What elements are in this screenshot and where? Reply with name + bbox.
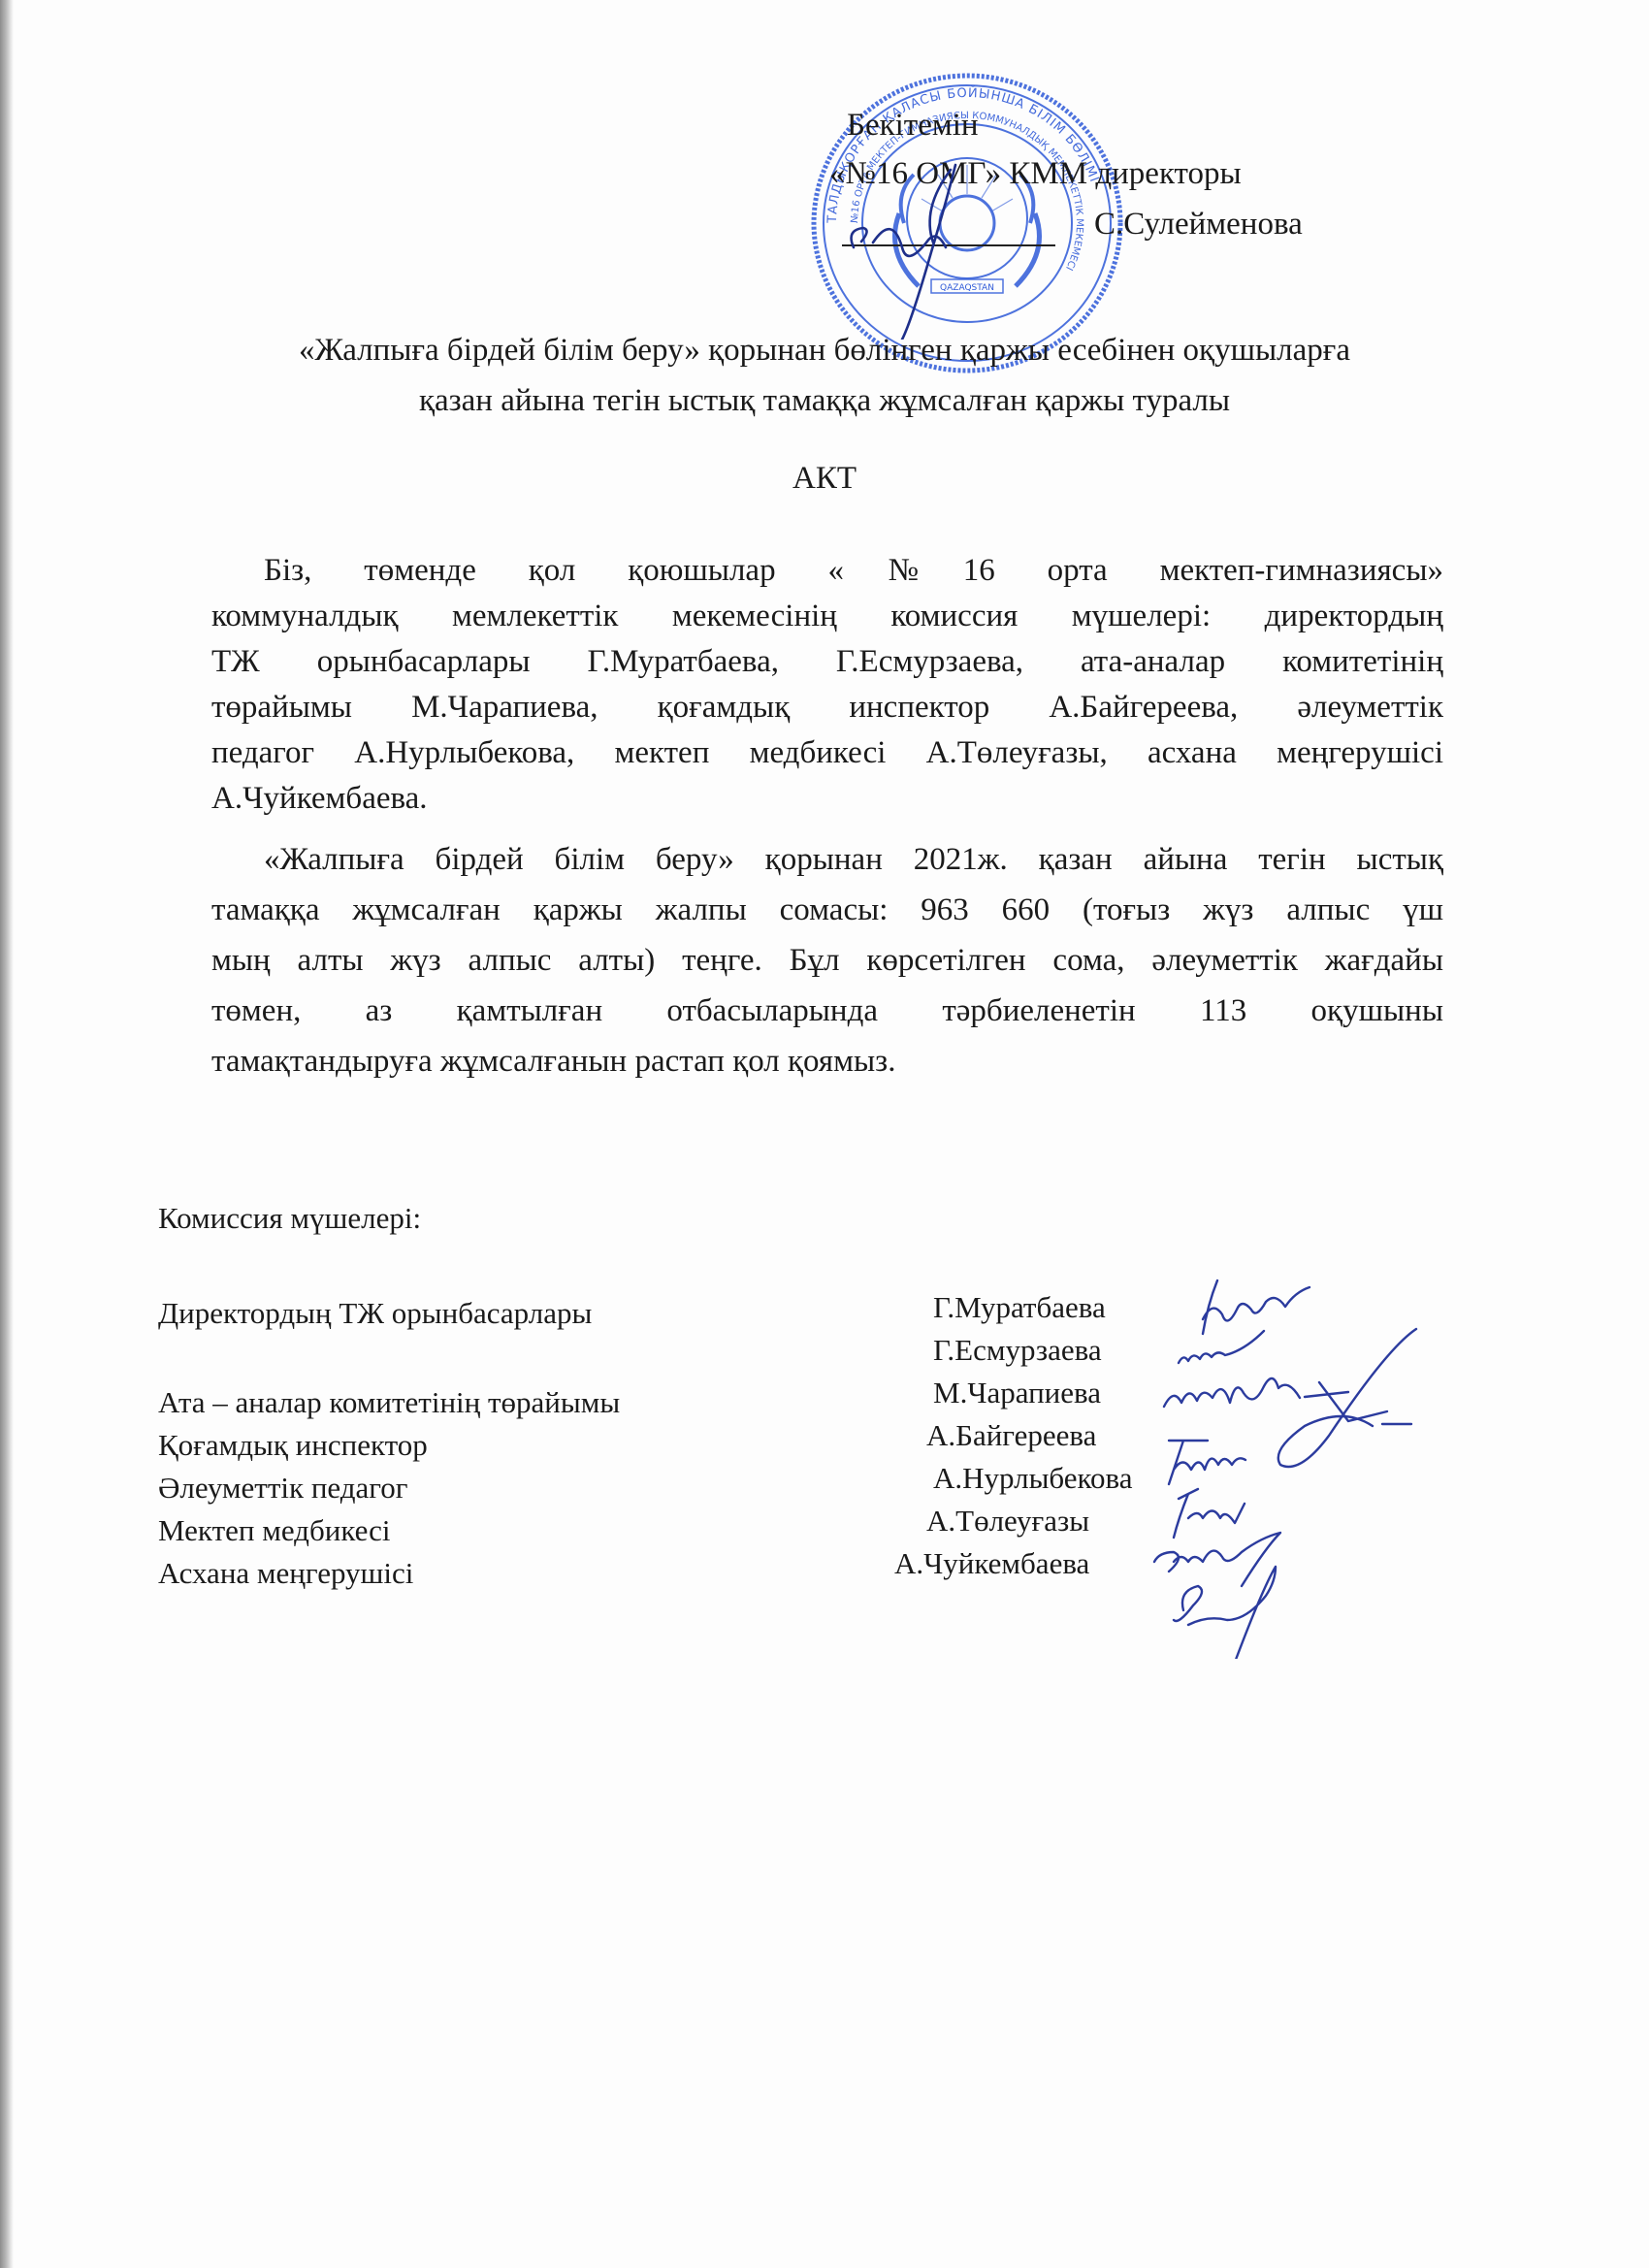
member-name-6: А.Төлеуғазы <box>926 1504 1089 1539</box>
role-social-pedagogue: Әлеуметтік педагог <box>158 1471 407 1506</box>
member-name-5: А.Нурлыбекова <box>933 1461 1133 1496</box>
paragraph-1-line-5: педагог А.Нурлыбекова, мектеп медбикесі … <box>211 733 1443 772</box>
role-deputy-directors: Директордың ТЖ орынбасарлары <box>158 1296 592 1331</box>
approval-signer: С.Сулейменова <box>1094 206 1303 243</box>
member-name-7: А.Чуйкембаева <box>894 1546 1089 1581</box>
act-heading: АКТ <box>0 461 1649 497</box>
paragraph-1-line-4: төрайымы М.Чарапиева, қоғамдық инспектор… <box>211 688 1443 727</box>
commission-title: Комиссия мүшелері: <box>158 1201 421 1236</box>
role-public-inspector: Қоғамдық инспектор <box>158 1428 428 1463</box>
paragraph-2-line-1: «Жалпыға бірдей білім беру» қорынан 2021… <box>264 840 1443 879</box>
paragraph-2-line-5: тамақтандыруға жұмсалғанын растап қол қо… <box>211 1042 1443 1081</box>
paragraph-1-line-3: ТЖ орынбасарлары Г.Муратбаева, Г.Есмурза… <box>211 642 1443 681</box>
document-title-line-2: қазан айына тегін ыстық тамаққа жұмсалға… <box>0 383 1649 419</box>
paragraph-2-line-2: тамаққа жұмсалған қаржы жалпы сомасы: 96… <box>211 891 1443 929</box>
role-parents-committee-chair: Ата – аналар комитетінің төрайымы <box>158 1385 620 1420</box>
director-signature-icon <box>834 146 1048 340</box>
paragraph-1-line-1: Біз, төменде қол қоюшылар «№16 орта мект… <box>264 551 1443 590</box>
paragraph-1-line-2: коммуналдық мемлекеттік мекемесінің коми… <box>211 597 1443 635</box>
paragraph-2-line-4: төмен, аз қамтылған отбасыларында тәрбие… <box>211 991 1443 1030</box>
member-name-4: А.Байгереева <box>926 1418 1096 1453</box>
document-title-line-1: «Жалпыға бірдей білім беру» қорынан бөлі… <box>0 333 1649 369</box>
paragraph-2-line-3: мың алты жүз алпыс алты) теңге. Бұл көрс… <box>211 941 1443 980</box>
commission-signatures-icon <box>1145 1251 1474 1659</box>
member-name-1: Г.Муратбаева <box>933 1290 1106 1325</box>
approval-label: Бекітемін <box>847 107 979 144</box>
role-canteen-manager: Асхана меңгерушісі <box>158 1556 413 1591</box>
member-name-3: М.Чарапиева <box>933 1376 1101 1410</box>
paragraph-1-line-6: А.Чуйкембаева. <box>211 779 1443 818</box>
member-name-2: Г.Есмурзаева <box>933 1333 1102 1368</box>
role-school-nurse: Мектеп медбикесі <box>158 1513 391 1548</box>
